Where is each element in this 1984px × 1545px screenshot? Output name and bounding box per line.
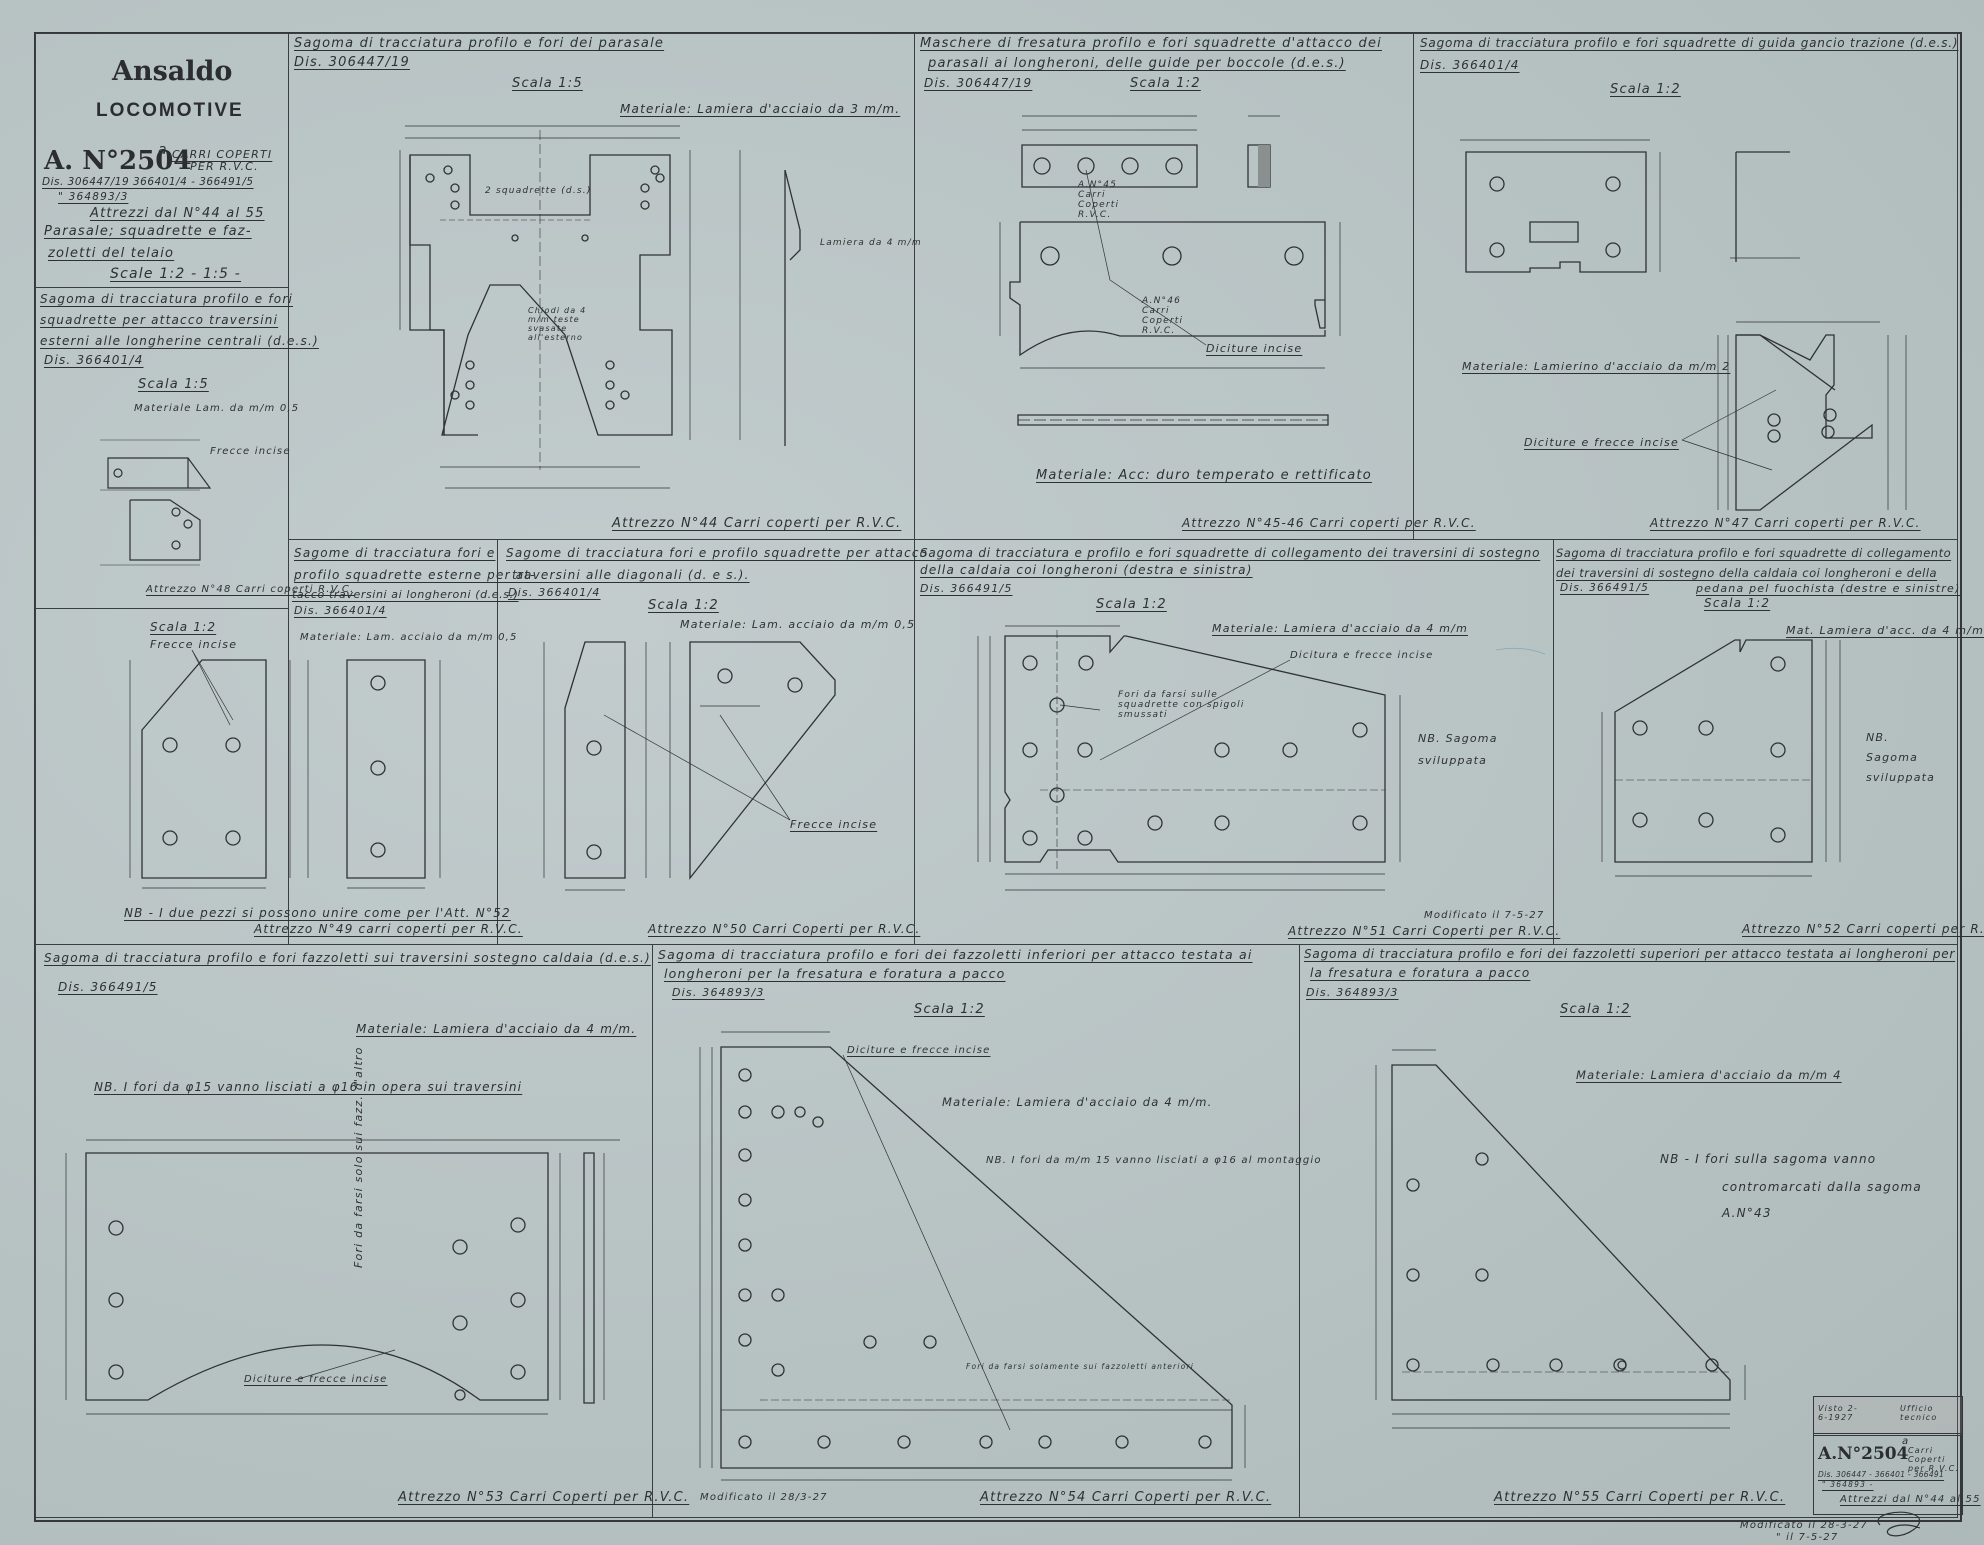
blueprint-sheet: Ansaldo LOCOMOTIVE A. N°2504 a CARRI COP… <box>0 0 1984 1545</box>
signature-mark <box>0 0 1984 1545</box>
